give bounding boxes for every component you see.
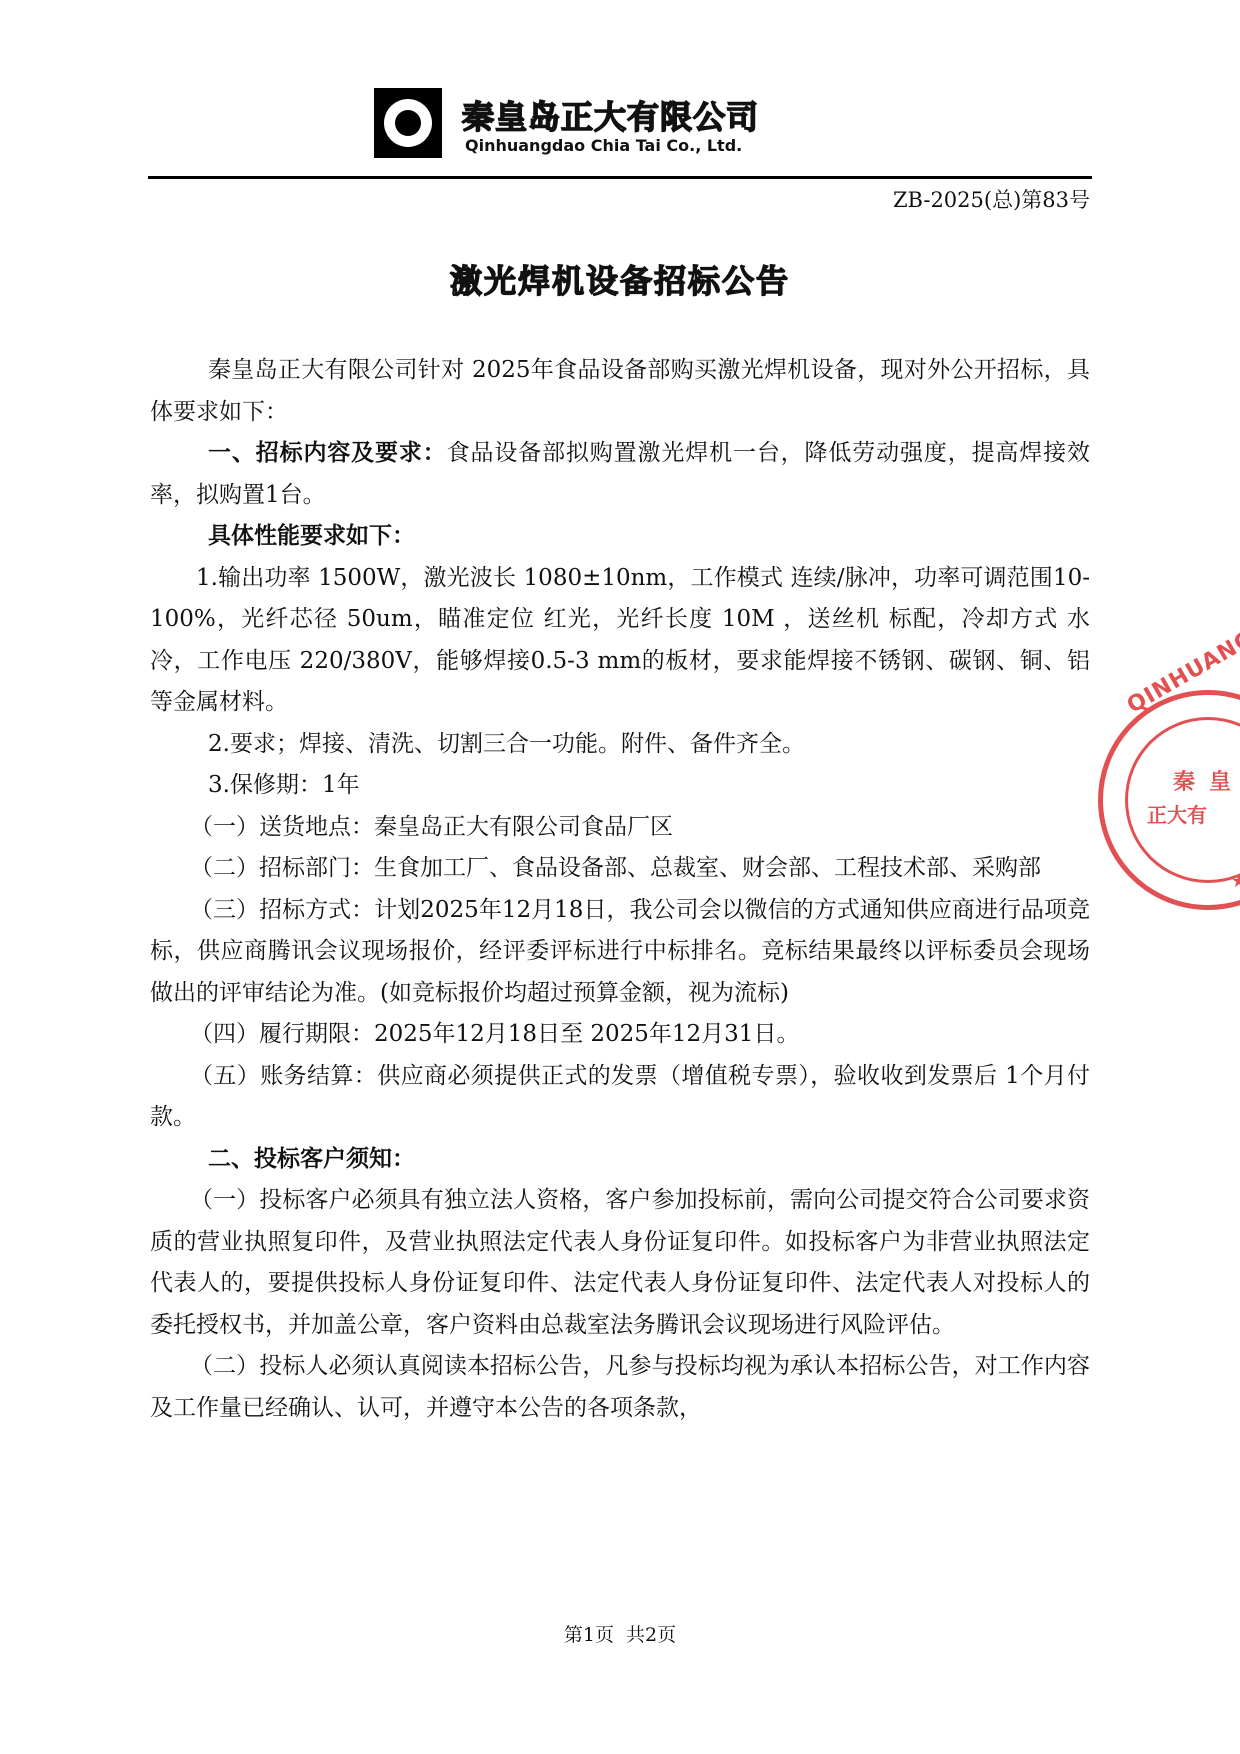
bidder-qualification: （一）投标客户必须具有独立法人资格，客户参加投标前，需向公司提交符合公司要求资质… xyxy=(150,1180,1090,1346)
stamp-text-cn-1: 秦皇 xyxy=(1173,765,1240,796)
intro-paragraph: 秦皇岛正大有限公司针对 2025年食品设备部购买激光焊机设备，现对外公开招标，具… xyxy=(150,350,1090,433)
section-1-heading: 一、招标内容及要求： xyxy=(208,440,447,466)
stamp-text-cn-2: 正大有 xyxy=(1147,799,1207,828)
settlement: （五）账务结算：供应商必须提供正式的发票（增值税专票），验收收到发票后 1个月付… xyxy=(150,1056,1090,1139)
tender-method: （三）招标方式：计划2025年12月18日，我公司会以微信的方式通知供应商进行品… xyxy=(150,890,1090,1015)
performance-period: （四）履行期限：2025年12月18日至 2025年12月31日。 xyxy=(150,1014,1090,1056)
requirement-item-2: 2.要求；焊接、清洗、切割三合一功能。附件、备件齐全。 xyxy=(150,724,1090,766)
section-2-heading: 二、投标客户须知： xyxy=(150,1139,1090,1181)
company-logo-icon xyxy=(374,88,442,158)
company-name-en: Qinhuangdao Chia Tai Co., Ltd. xyxy=(465,136,742,155)
tender-departments: （二）招标部门：生食加工厂、食品设备部、总裁室、财会部、工程技术部、采购部 xyxy=(150,848,1090,890)
document-title: 激光焊机设备招标公告 xyxy=(0,256,1240,302)
section-1-paragraph: 一、招标内容及要求：食品设备部拟购置激光焊机一台，降低劳动强度，提高焊接效率，拟… xyxy=(150,433,1090,516)
header-divider xyxy=(148,176,1092,179)
bidder-acknowledgement: （二）投标人必须认真阅读本招标公告，凡参与投标均视为承认本招标公告，对工作内容及… xyxy=(150,1346,1090,1429)
company-seal-stamp: QINHUANGDAO CHI 秦皇 正大有 ★ xyxy=(1098,690,1240,910)
stamp-text-en: QINHUANGDAO CHI xyxy=(1123,570,1240,719)
company-name-cn: 秦皇岛正大有限公司 xyxy=(462,92,759,138)
page-footer: 第1页 共2页 xyxy=(0,1620,1240,1647)
document-body: 秦皇岛正大有限公司针对 2025年食品设备部购买激光焊机设备，现对外公开招标，具… xyxy=(150,350,1090,1429)
performance-heading: 具体性能要求如下： xyxy=(150,516,1090,558)
delivery-location: （一）送货地点：秦皇岛正大有限公司食品厂区 xyxy=(150,807,1090,849)
document-number: ZB-2025(总)第83号 xyxy=(893,184,1090,214)
star-icon: ★ xyxy=(1231,871,1240,892)
requirement-item-3: 3.保修期：1年 xyxy=(150,765,1090,807)
requirement-item-1: 1.输出功率 1500W，激光波长 1080±10nm，工作模式 连续/脉冲，功… xyxy=(150,558,1090,724)
letterhead: 秦皇岛正大有限公司 Qinhuangdao Chia Tai Co., Ltd. xyxy=(370,84,790,164)
